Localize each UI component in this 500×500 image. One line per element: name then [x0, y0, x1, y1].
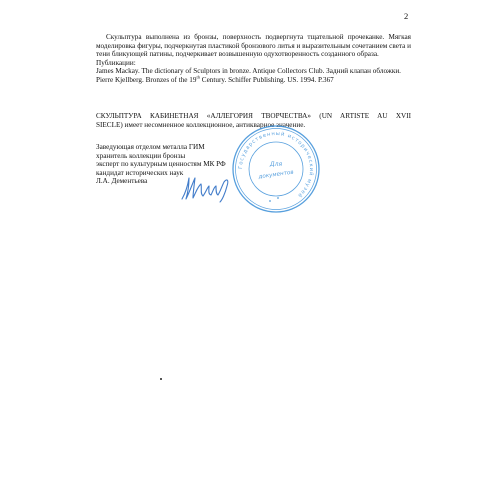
publication-item: Pierre Kjellberg. Bronzes of the 19th Ce… — [96, 76, 411, 85]
stamp-text-line-2: документов — [257, 170, 294, 181]
publication-item: James Mackay. The dictionary of Sculptor… — [96, 67, 411, 76]
page-number: 2 — [404, 11, 408, 21]
scan-speck — [160, 378, 162, 380]
stamp-text-line-1: Для — [269, 161, 283, 168]
conclusion-line-1: СКУЛЬПТУРА КАБИНЕТНАЯ «АЛЛЕГОРИЯ ТВОРЧЕС… — [96, 112, 411, 121]
document-body: Скульптура выполнена из бронзы, поверхно… — [96, 33, 411, 85]
publications-heading: Публикации: — [96, 59, 411, 68]
handwritten-signature-icon — [178, 172, 234, 204]
official-stamp-icon: Государственный исторический музей Для д… — [230, 124, 322, 214]
description-paragraph: Скульптура выполнена из бронзы, поверхно… — [96, 33, 411, 59]
